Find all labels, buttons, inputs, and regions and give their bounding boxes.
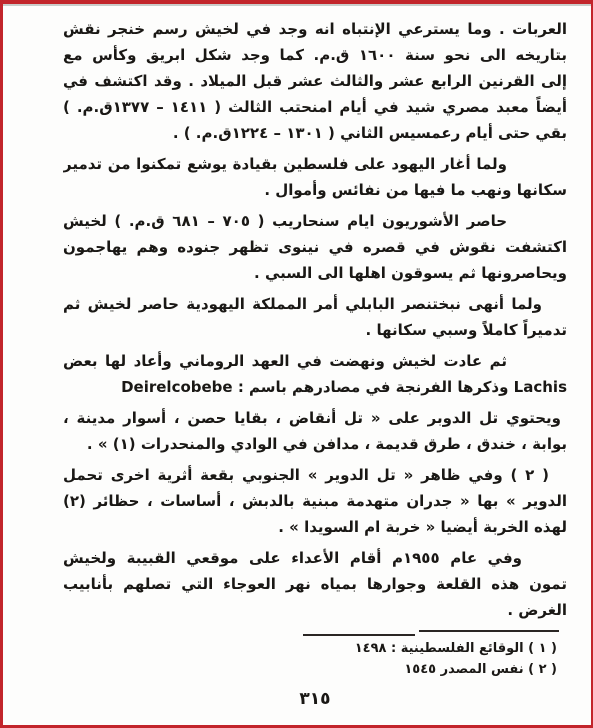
text-line: ( ٢ ) وفي ظاهر « تل الدوير » الجنوبي بقع… — [63, 462, 567, 488]
paragraph-babylonian-destruction: ولما أنهى نبختنصر البابلي أمر المملكة ال… — [63, 291, 567, 343]
text-line: بوابة ، خندق ، طرق قديمة ، مدافن في الوا… — [63, 431, 567, 457]
text-line: سكانها ونهب ما فيها من نفائس وأموال . — [63, 177, 567, 203]
text-line: أيضاً معبد مصري شيد في أيام امنحتب الثال… — [63, 94, 567, 120]
footnote-1: ( ١ ) الوقائع الفلسطينية : ١٤٩٨ — [63, 638, 557, 659]
footnote-2: ( ٢ ) نفس المصدر ١٥٤٥ — [63, 659, 557, 680]
paragraph-continuation: العربات . وما يسترعي الإنتباه انه وجد في… — [63, 16, 567, 146]
text-line: Lachis وذكرها الفرنجة في مصادرهم باسم : … — [63, 374, 567, 400]
page-number: ٣١٥ — [63, 689, 567, 709]
paragraph-assyrian-siege: حاصر الأشوريون ايام سنحاريب ( ٧٠٥ – ٦٨١ … — [63, 208, 567, 286]
text-line: ويحتوي تل الدوبر على « تل أنقاض ، بقايا … — [63, 405, 567, 431]
text-line: بتاريخه الى نحو سنة ١٦٠٠ ق.م. كما وجد شك… — [63, 42, 567, 68]
paragraph-tell-contents: ويحتوي تل الدوبر على « تل أنقاض ، بقايا … — [63, 405, 567, 457]
text-line: ويحاصرونها ثم يسوقون اهلها الى السبي . — [63, 260, 567, 286]
text-line: بقي حتى أيام رعمسيس الثاني ( ١٣٠١ – ١٢٢٤… — [63, 120, 567, 146]
text-line: إلى القرنين الرابع عشر والثالث عشر قبل ا… — [63, 68, 567, 94]
text-line: حاصر الأشوريون ايام سنحاريب ( ٧٠٥ – ٦٨١ … — [63, 208, 567, 234]
paragraph-jewish-raid: ولما أغار اليهود على فلسطين بقيادة يوشع … — [63, 151, 567, 203]
text-line: ولما أغار اليهود على فلسطين بقيادة يوشع … — [63, 151, 567, 177]
text-line: وفي عام ١٩٥٥م أقام الأعداء على موقعي الق… — [63, 545, 567, 571]
text-line: تمون هذه القلعة وجوارها بمياه نهر العوجا… — [63, 571, 567, 597]
text-line: اكتشفت نقوش في قصره في نينوى تظهر جنوده … — [63, 234, 567, 260]
scanned-book-page: العربات . وما يسترعي الإنتباه انه وجد في… — [0, 0, 593, 728]
text-line: الغرض . — [63, 597, 567, 623]
paragraph-roman-era: ثم عادت لخيش ونهضت في العهد الروماني وأع… — [63, 348, 567, 400]
text-line: ثم عادت لخيش ونهضت في العهد الروماني وأع… — [63, 348, 567, 374]
text-line: تدميراً كاملاً وسبي سكانها . — [63, 317, 567, 343]
text-line: العربات . وما يسترعي الإنتباه انه وجد في… — [63, 16, 567, 42]
text-line: الدوير » بها « جدران متهدمة مبنية بالدبش… — [63, 488, 567, 514]
paragraph-1955-fortress: وفي عام ١٩٥٥م أقام الأعداء على موقعي الق… — [63, 545, 567, 623]
text-line: ولما أنهى نبختنصر البابلي أمر المملكة ال… — [63, 291, 567, 317]
footnote-rule-left — [303, 634, 415, 636]
footnote-separator — [63, 628, 567, 638]
paragraph-khirbet-duweir: ( ٢ ) وفي ظاهر « تل الدوير » الجنوبي بقع… — [63, 462, 567, 540]
footnote-rule-right — [419, 630, 559, 632]
page-text-block: العربات . وما يسترعي الإنتباه انه وجد في… — [3, 6, 591, 709]
text-line: لهذه الخربة أيضيا « خربة ام السويدا » . — [63, 514, 567, 540]
footnotes-block: ( ١ ) الوقائع الفلسطينية : ١٤٩٨ ( ٢ ) نف… — [63, 638, 567, 680]
